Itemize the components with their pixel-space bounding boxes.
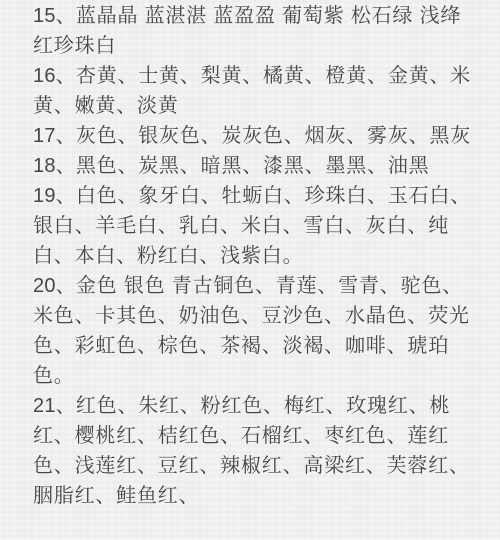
entry-color-names: 白色、象牙白、牡蛎白、珍珠白、玉石白、银白、羊毛白、乳白、米白、雪白、灰白、纯白… (33, 185, 471, 267)
document-page: 15、蓝晶晶 蓝湛湛 蓝盈盈 葡萄紫 松石绿 浅绛红珍珠白 16、杏黄、士黄、梨… (0, 0, 500, 540)
entry-number: 17、 (33, 125, 76, 147)
entry-color-names: 蓝晶晶 蓝湛湛 蓝盈盈 葡萄紫 松石绿 浅绛红珍珠白 (33, 5, 461, 57)
color-list-entry-16: 16、杏黄、士黄、梨黄、橘黄、橙黄、金黄、米黄、嫩黄、淡黄 (33, 61, 474, 121)
entry-number: 21、 (33, 395, 76, 417)
entry-color-names: 黑色、炭黑、暗黑、漆黑、墨黑、油黑 (76, 155, 430, 177)
color-list-entry-15: 15、蓝晶晶 蓝湛湛 蓝盈盈 葡萄紫 松石绿 浅绛红珍珠白 (33, 1, 474, 61)
entry-number: 19、 (33, 185, 76, 207)
entry-number: 20、 (33, 275, 76, 297)
entry-number: 18、 (33, 155, 76, 177)
entry-number: 15、 (33, 5, 76, 27)
color-list-entry-21: 21、红色、朱红、粉红色、梅红、玫瑰红、桃红、樱桃红、桔红色、石榴红、枣红色、莲… (33, 391, 474, 511)
entry-color-names: 红色、朱红、粉红色、梅红、玫瑰红、桃红、樱桃红、桔红色、石榴红、枣红色、莲红色、… (33, 395, 470, 507)
entry-color-names: 灰色、银灰色、炭灰色、烟灰、雾灰、黑灰 (76, 125, 471, 147)
color-list-entry-17: 17、灰色、银灰色、炭灰色、烟灰、雾灰、黑灰 (33, 121, 474, 151)
color-list-entry-20: 20、金色 银色 青古铜色、青莲、雪青、驼色、米色、卡其色、奶油色、豆沙色、水晶… (33, 271, 474, 391)
entry-color-names: 金色 银色 青古铜色、青莲、雪青、驼色、米色、卡其色、奶油色、豆沙色、水晶色、荧… (33, 275, 470, 387)
entry-color-names: 杏黄、士黄、梨黄、橘黄、橙黄、金黄、米黄、嫩黄、淡黄 (33, 65, 471, 117)
color-list-entry-19: 19、白色、象牙白、牡蛎白、珍珠白、玉石白、银白、羊毛白、乳白、米白、雪白、灰白… (33, 181, 474, 271)
entry-number: 16、 (33, 65, 76, 87)
color-list-entry-18: 18、黑色、炭黑、暗黑、漆黑、墨黑、油黑 (33, 151, 474, 181)
